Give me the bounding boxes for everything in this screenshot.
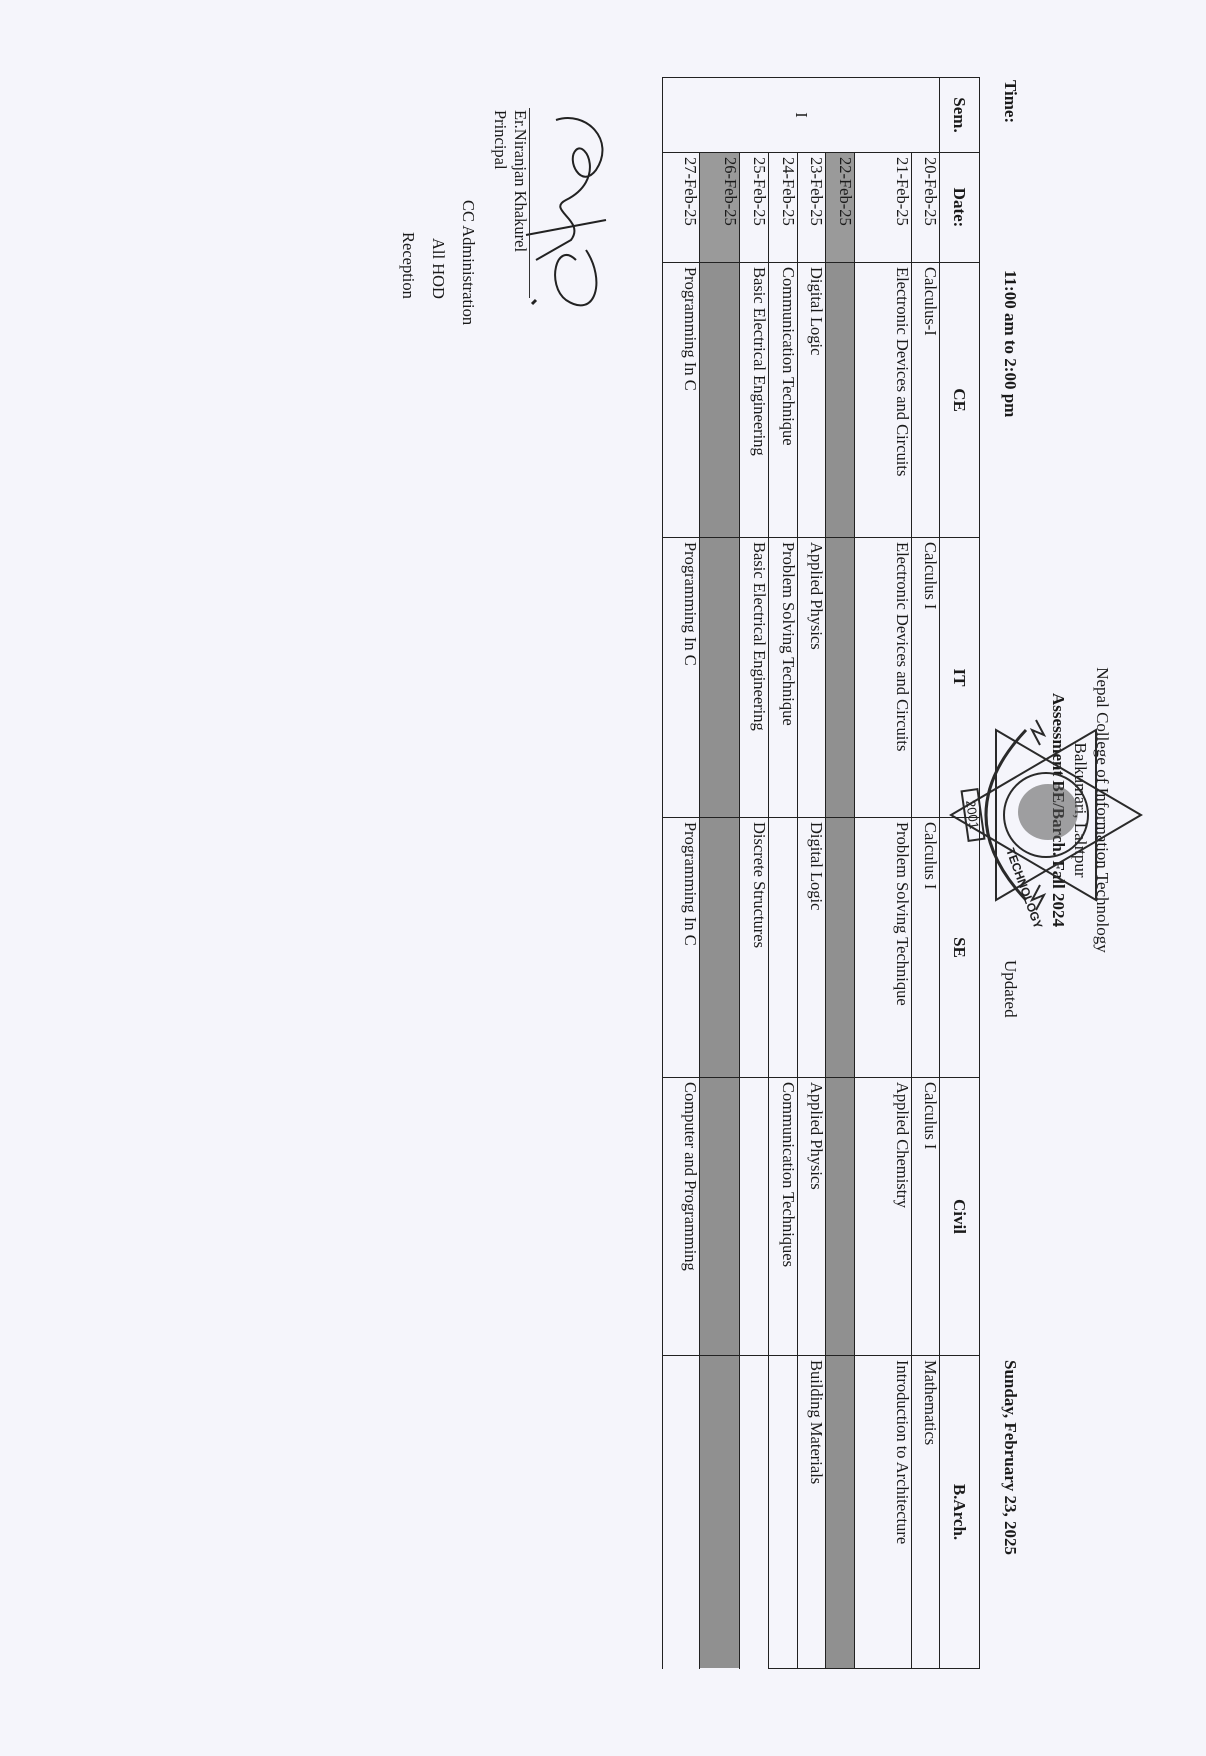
subject-cell-barch	[740, 1356, 769, 1669]
subject-cell-civil	[700, 1078, 740, 1356]
institution-location: Balkumari, Lalitpur	[1070, 510, 1090, 1110]
col-header-sem: Sem.	[940, 78, 980, 153]
time-value: 11:00 am to 2:00 pm	[1000, 270, 1020, 417]
signatory-name: Er.Niranjan Khakurel	[510, 110, 530, 252]
notice-title: Assessment BE/Barch. Fall 2024	[1048, 510, 1068, 1110]
subject-cell-barch: Introduction to Architecture	[855, 1356, 912, 1669]
table-row: 25-Feb-25Basic Electrical EngineeringBas…	[740, 78, 769, 1669]
subject-cell-civil: Communication Techniques	[769, 1078, 798, 1356]
time-label: Time:	[1000, 80, 1020, 123]
subject-cell-ce: Digital Logic	[798, 263, 826, 538]
subject-cell-ce: Programming In C	[663, 263, 700, 538]
subject-cell-it: Problem Solving Technique	[769, 538, 798, 818]
date-cell: 21-Feb-25	[855, 153, 912, 263]
subject-cell-it: Programming In C	[663, 538, 700, 818]
subject-cell-se	[700, 818, 740, 1078]
subject-cell-barch	[769, 1356, 798, 1669]
subject-cell-ce: Electronic Devices and Circuits	[855, 263, 912, 538]
table-row: 27-Feb-25Programming In CProgramming In …	[663, 78, 700, 1669]
col-header-date: Date:	[940, 153, 980, 263]
subject-cell-barch	[826, 1356, 855, 1669]
subject-cell-se: Calculus I	[912, 818, 940, 1078]
col-header-it: IT	[940, 538, 980, 818]
subject-cell-civil: Computer and Programming	[663, 1078, 700, 1356]
subject-cell-civil: Applied Physics	[798, 1078, 826, 1356]
subject-cell-barch: Building Materials	[798, 1356, 826, 1669]
table-row: 24-Feb-25Communication TechniqueProblem …	[769, 78, 798, 1669]
col-header-ce: CE	[940, 263, 980, 538]
col-header-civil: Civil	[940, 1078, 980, 1356]
exam-notice-page: Nepal College of Information Technology …	[0, 0, 1206, 1756]
subject-cell-ce: Basic Electrical Engineering	[740, 263, 769, 538]
subject-cell-barch	[700, 1356, 740, 1669]
subject-cell-ce	[826, 263, 855, 538]
date-cell: 27-Feb-25	[663, 153, 700, 263]
table-row-holiday: 22-Feb-25	[826, 78, 855, 1669]
subject-cell-se: Digital Logic	[798, 818, 826, 1078]
subject-cell-se	[826, 818, 855, 1078]
date-cell: 23-Feb-25	[798, 153, 826, 263]
subject-cell-se	[769, 818, 798, 1078]
date-cell: 26-Feb-25	[700, 153, 740, 263]
subject-cell-civil: Applied Chemistry	[855, 1078, 912, 1356]
table-row: 21-Feb-25Electronic Devices and Circuits…	[855, 78, 912, 1669]
subject-cell-se: Discrete Structures	[740, 818, 769, 1078]
table-row: 23-Feb-25Digital LogicApplied PhysicsDig…	[798, 78, 826, 1669]
date-cell: 20-Feb-25	[912, 153, 940, 263]
subject-cell-it: Basic Electrical Engineering	[740, 538, 769, 818]
subject-cell-barch: Mathematics	[912, 1356, 940, 1669]
table-row-holiday: 26-Feb-25	[700, 78, 740, 1669]
subject-cell-it: Electronic Devices and Circuits	[855, 538, 912, 818]
cc-item: Reception	[398, 232, 418, 299]
col-header-barch: B.Arch.	[940, 1356, 980, 1669]
subject-cell-civil	[740, 1078, 769, 1356]
subject-cell-barch	[663, 1356, 700, 1669]
signatory-designation: Principal	[490, 110, 510, 170]
subject-cell-se: Programming In C	[663, 818, 700, 1078]
date-cell: 22-Feb-25	[826, 153, 855, 263]
subject-cell-ce	[700, 263, 740, 538]
date-cell: 24-Feb-25	[769, 153, 798, 263]
cc-label: CC Administration	[458, 200, 478, 325]
signature-icon	[516, 100, 626, 360]
subject-cell-it	[700, 538, 740, 818]
subject-cell-se: Problem Solving Technique	[855, 818, 912, 1078]
table-header-row: Sem. Date: CE IT SE Civil B.Arch.	[940, 78, 980, 1669]
cc-item: All HOD	[428, 238, 448, 299]
subject-cell-it: Applied Physics	[798, 538, 826, 818]
subject-cell-it: Calculus I	[912, 538, 940, 818]
updated-status: Updated	[1000, 960, 1020, 1018]
svg-text:TECHNOLOGY: TECHNOLOGY	[1003, 846, 1045, 930]
semester-cell: I	[663, 78, 940, 153]
subject-cell-civil: Calculus I	[912, 1078, 940, 1356]
subject-cell-ce: Calculus-I	[912, 263, 940, 538]
notice-date: Sunday, February 23, 2025	[1000, 1360, 1020, 1555]
col-header-se: SE	[940, 818, 980, 1078]
subject-cell-ce: Communication Technique	[769, 263, 798, 538]
exam-schedule-table: Sem. Date: CE IT SE Civil B.Arch. I20-Fe…	[662, 77, 980, 1669]
subject-cell-it	[826, 538, 855, 818]
date-cell: 25-Feb-25	[740, 153, 769, 263]
institution-name: Nepal College of Information Technology	[1092, 510, 1112, 1110]
subject-cell-civil	[826, 1078, 855, 1356]
table-row: I20-Feb-25Calculus-ICalculus ICalculus I…	[912, 78, 940, 1669]
